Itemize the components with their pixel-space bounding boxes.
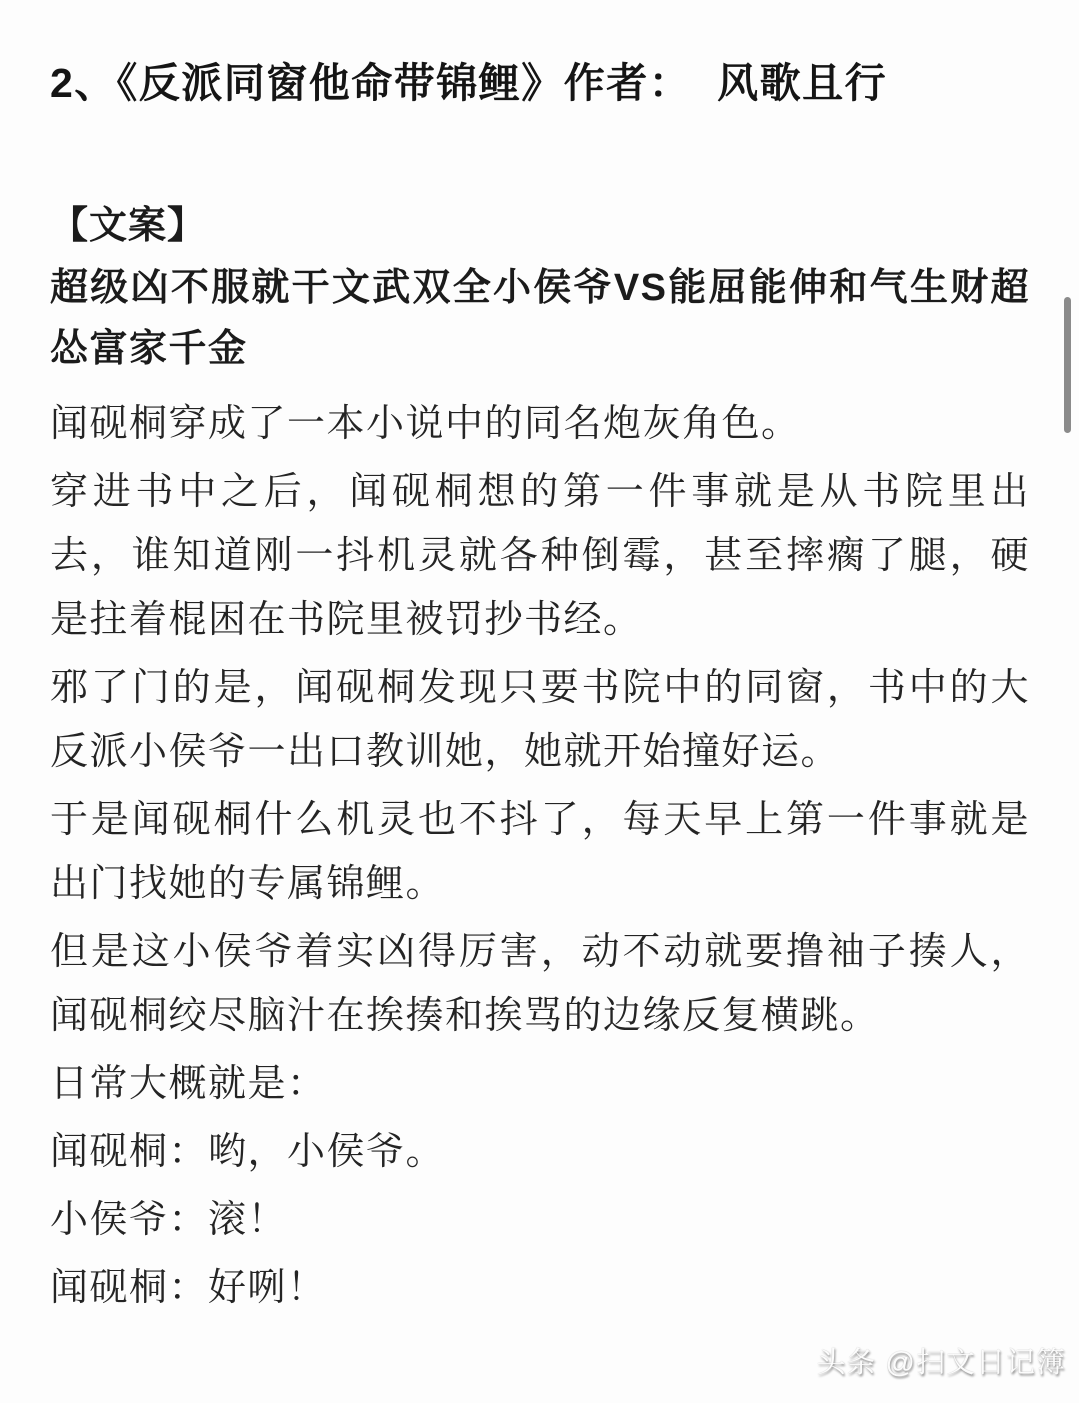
paragraph: 穿进书中之后，闻砚桐想的第一件事就是从书院里出去，谁知道刚一抖机灵就各种倒霉，甚… xyxy=(50,460,1030,652)
article-title: 2、《反派同窗他命带锦鲤》作者： 风歌且行 xyxy=(50,57,1030,109)
paragraph: 日常大概就是： xyxy=(50,1052,1030,1116)
scrollbar-thumb[interactable] xyxy=(1064,297,1071,433)
section-label-synopsis: 【文案】 xyxy=(50,194,1030,258)
paragraph: 于是闻砚桐什么机灵也不抖了，每天早上第一件事就是出门找她的专属锦鲤。 xyxy=(50,788,1030,916)
article-page: 2、《反派同窗他命带锦鲤》作者： 风歌且行 【文案】 超级凶不服就干文武双全小侯… xyxy=(0,0,1079,1403)
paragraph-list: 闻砚桐穿成了一本小说中的同名炮灰角色。穿进书中之后，闻砚桐想的第一件事就是从书院… xyxy=(50,392,1030,1320)
paragraph: 小侯爷：滚！ xyxy=(50,1188,1030,1252)
paragraph: 但是这小侯爷着实凶得厉害，动不动就要撸袖子揍人，闻砚桐绞尽脑汁在挨揍和挨骂的边缘… xyxy=(50,920,1030,1048)
watermark: 头条 @扫文日记簿 xyxy=(817,1340,1067,1381)
paragraph: 闻砚桐穿成了一本小说中的同名炮灰角色。 xyxy=(50,392,1030,456)
tagline: 超级凶不服就干文武双全小侯爷VS能屈能伸和气生财超怂富家千金 xyxy=(50,258,1030,380)
paragraph: 闻砚桐：哟，小侯爷。 xyxy=(50,1120,1030,1184)
article-content: 2、《反派同窗他命带锦鲤》作者： 风歌且行 【文案】 超级凶不服就干文武双全小侯… xyxy=(0,0,1079,1320)
paragraph: 邪了门的是，闻砚桐发现只要书院中的同窗，书中的大反派小侯爷一出口教训她，她就开始… xyxy=(50,656,1030,784)
paragraph: 闻砚桐：好咧！ xyxy=(50,1256,1030,1320)
